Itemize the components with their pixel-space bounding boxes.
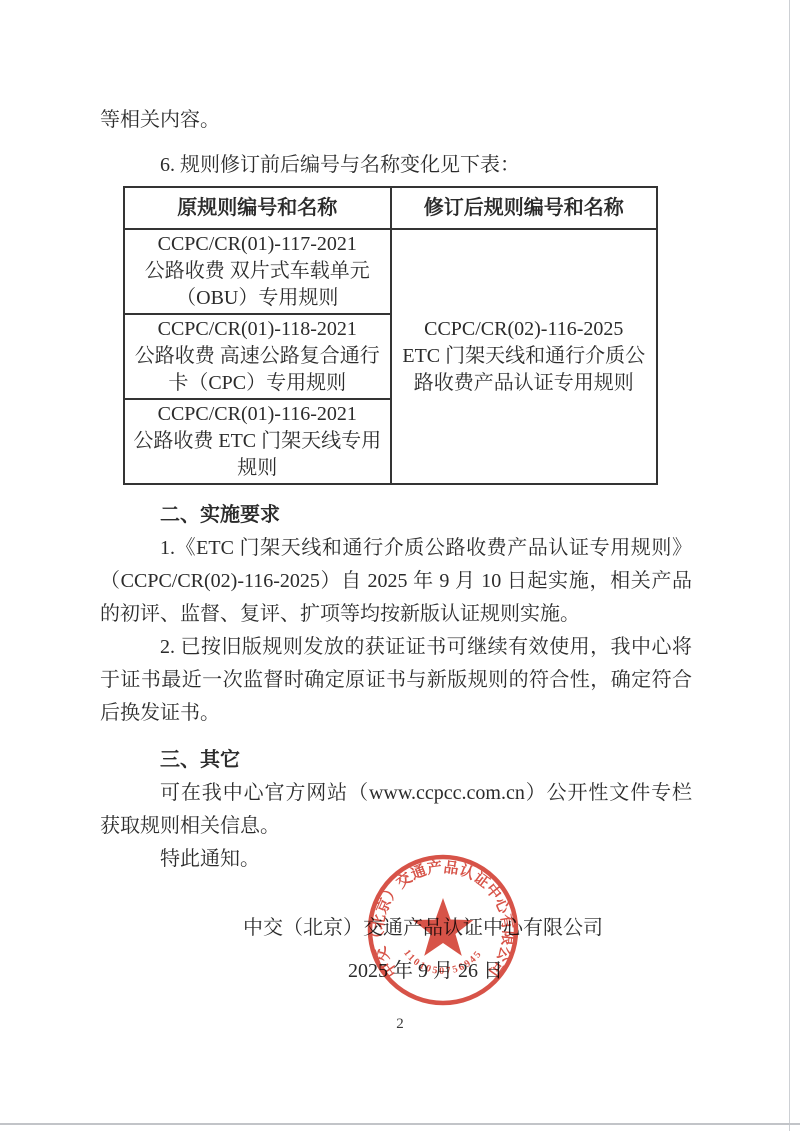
old-rule-cell-2: CCPC/CR(01)-118-2021 公路收费 高速公路复合通行卡（CPC）… — [124, 314, 391, 399]
header-old-rule: 原规则编号和名称 — [124, 187, 391, 229]
document-body: 等相关内容。 6. 规则修订前后编号与名称变化见下表： 原规则编号和名称 修订后… — [100, 104, 692, 988]
rules-comparison-table: 原规则编号和名称 修订后规则编号和名称 CCPC/CR(01)-117-2021… — [123, 186, 658, 485]
old-rule-code: CCPC/CR(01)-116-2021 — [131, 401, 384, 428]
page-edge-right — [789, 0, 790, 1131]
old-rule-code: CCPC/CR(01)-117-2021 — [131, 231, 384, 258]
page-number: 2 — [0, 1016, 800, 1033]
old-rule-name: 公路收费 ETC 门架天线专用规则 — [131, 428, 384, 482]
section2-paragraph-1: 1.《ETC 门架天线和通行介质公路收费产品认证专用规则》（CCPC/CR(02… — [100, 532, 692, 631]
page-edge-bottom — [0, 1123, 800, 1125]
section3-paragraph: 可在我中心官方网站（www.ccpcc.com.cn）公开性文件专栏获取规则相关… — [100, 777, 692, 843]
document-page: 等相关内容。 6. 规则修订前后编号与名称变化见下表： 原规则编号和名称 修订后… — [0, 0, 800, 1131]
old-rule-cell-1: CCPC/CR(01)-117-2021 公路收费 双片式车载单元（OBU）专用… — [124, 229, 391, 314]
signature-org: 中交（北京）交通产品认证中心有限公司 — [100, 912, 692, 945]
new-rule-cell: CCPC/CR(02)-116-2025 ETC 门架天线和通行介质公路收费产品… — [391, 229, 658, 484]
closing-line: 特此通知。 — [100, 843, 692, 876]
paragraph-tail: 等相关内容。 — [100, 104, 692, 137]
new-rule-code: CCPC/CR(02)-116-2025 — [398, 316, 651, 343]
table-header-row: 原规则编号和名称 修订后规则编号和名称 — [124, 187, 657, 229]
signature-date: 2025 年 9 月 26 日 — [100, 955, 692, 988]
old-rule-code: CCPC/CR(01)-118-2021 — [131, 316, 384, 343]
new-rule-name: ETC 门架天线和通行介质公路收费产品认证专用规则 — [398, 343, 651, 397]
old-rule-name: 公路收费 双片式车载单元（OBU）专用规则 — [131, 258, 384, 312]
section3-title: 三、其它 — [100, 744, 692, 777]
old-rule-name: 公路收费 高速公路复合通行卡（CPC）专用规则 — [131, 343, 384, 397]
header-new-rule: 修订后规则编号和名称 — [391, 187, 658, 229]
section2-title: 二、实施要求 — [100, 499, 692, 532]
item6-line: 6. 规则修订前后编号与名称变化见下表： — [100, 149, 692, 182]
table-row: CCPC/CR(01)-117-2021 公路收费 双片式车载单元（OBU）专用… — [124, 229, 657, 314]
old-rule-cell-3: CCPC/CR(01)-116-2021 公路收费 ETC 门架天线专用规则 — [124, 399, 391, 484]
section2-paragraph-2: 2. 已按旧版规则发放的获证证书可继续有效使用，我中心将于证书最近一次监督时确定… — [100, 631, 692, 730]
